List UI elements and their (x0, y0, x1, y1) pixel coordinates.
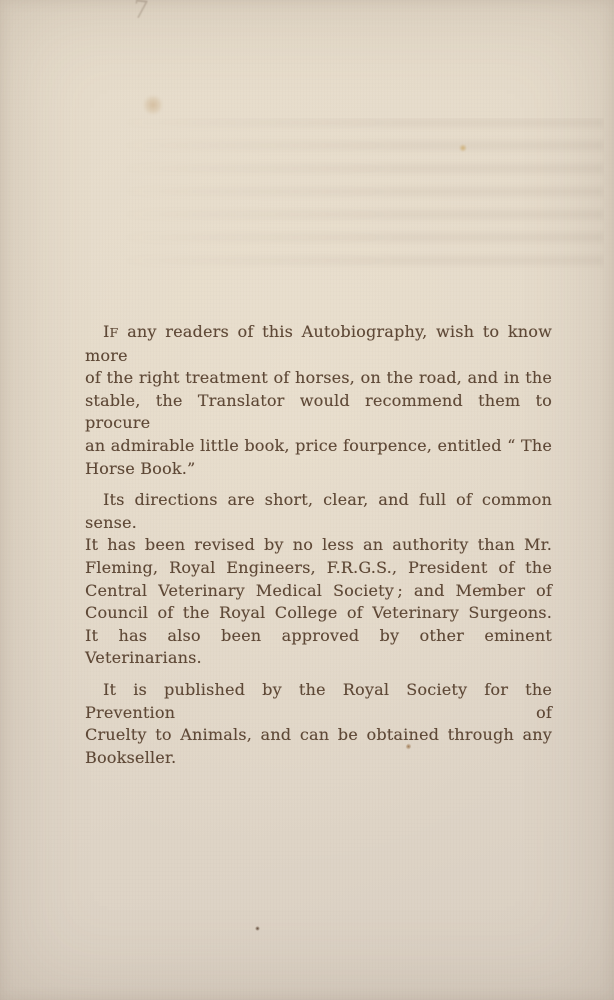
text-line: It has also been approved by other emine… (85, 625, 552, 670)
text-line: Its directions are short, clear, and ful… (85, 489, 552, 534)
text-line: IF any readers of this Autobiography, wi… (85, 321, 552, 367)
paragraph-3: It is published by the Royal Society for… (85, 679, 552, 769)
text-line: Cruelty to Animals, and can be obtained … (85, 724, 552, 747)
opening-rest: any readers of this Autobiography, wish … (85, 322, 552, 365)
paragraph-1: IF any readers of this Autobiography, wi… (85, 321, 552, 480)
paragraph-2: Its directions are short, clear, and ful… (85, 489, 552, 670)
text-line: Bookseller. (85, 747, 552, 770)
text-line: Central Veterinary Medical Society ; and… (85, 580, 552, 603)
foxing-spot (459, 144, 467, 152)
text-line: Horse Book.” (85, 458, 552, 481)
opening-small-cap: F (110, 325, 119, 340)
text-line: It has been revised by no less an author… (85, 534, 552, 557)
show-through-ghost-text (118, 118, 604, 270)
text-line: It is published by the Royal Society for… (85, 679, 552, 724)
pencil-mark: 7 (132, 0, 150, 25)
text-line: Council of the Royal College of Veterina… (85, 602, 552, 625)
foxing-spot (143, 95, 163, 115)
text-block: IF any readers of this Autobiography, wi… (85, 321, 552, 769)
text-line: of the right treatment of horses, on the… (85, 367, 552, 390)
text-line: Fleming, Royal Engineers, F.R.G.S., Pres… (85, 557, 552, 580)
ink-fleck (255, 926, 260, 931)
text-line: an admirable little book, price fourpenc… (85, 435, 552, 458)
scanned-book-page: 7 IF any readers of this Autobiography, … (0, 0, 614, 1000)
text-line: stable, the Translator would recommend t… (85, 390, 552, 435)
